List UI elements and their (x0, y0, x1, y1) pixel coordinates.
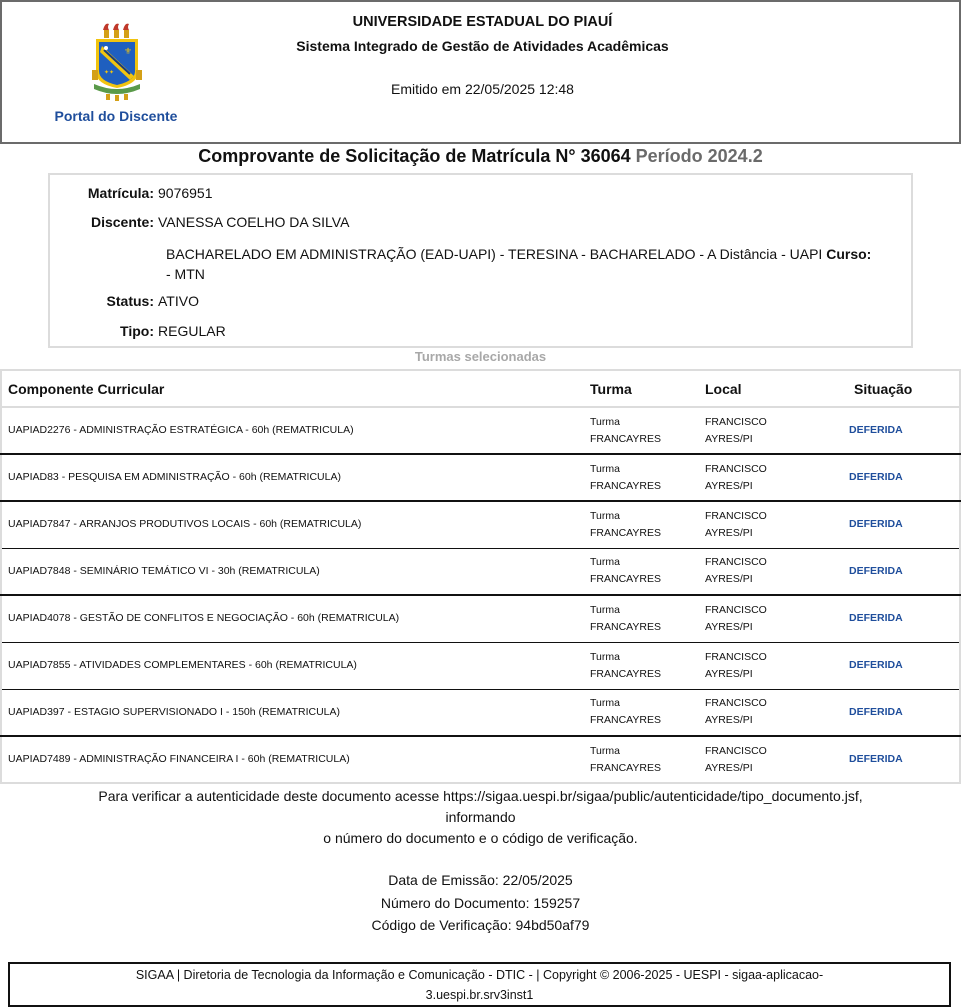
local-line-1: FRANCISCO (705, 649, 843, 666)
table-header-row: Componente Curricular Turma Local Situaç… (1, 370, 960, 407)
situacao-status-badge: DEFERIDA (843, 454, 960, 501)
table-row: UAPIAD7848 - SEMINÁRIO TEMÁTICO VI - 30h… (1, 548, 960, 595)
page-title: Comprovante de Solicitação de Matrícula … (0, 146, 961, 167)
curso-suffix: - MTN (166, 266, 205, 282)
verification-instructions: Para verificar a autenticidade deste doc… (0, 786, 961, 849)
codigo-verificacao: Código de Verificação: 94bd50af79 (0, 914, 961, 937)
local-line-2: AYRES/PI (705, 478, 843, 495)
curso-value: BACHARELADO EM ADMINISTRAÇÃO (EAD-UAPI) … (166, 246, 822, 262)
table-row: UAPIAD83 - PESQUISA EM ADMINISTRAÇÃO - 6… (1, 454, 960, 501)
turma-line-2: FRANCAYRES (590, 619, 699, 636)
componente-cell: UAPIAD4078 - GESTÃO DE CONFLITOS E NEGOC… (1, 595, 584, 642)
componente-cell: UAPIAD7855 - ATIVIDADES COMPLEMENTARES -… (1, 642, 584, 689)
turma-cell: TurmaFRANCAYRES (584, 407, 699, 454)
local-line-2: AYRES/PI (705, 571, 843, 588)
local-line-1: FRANCISCO (705, 602, 843, 619)
situacao-status-badge: DEFERIDA (843, 736, 960, 783)
curso-row: BACHARELADO EM ADMINISTRAÇÃO (EAD-UAPI) … (166, 244, 906, 284)
local-line-1: FRANCISCO (705, 414, 843, 431)
periodo-label: Período 2024.2 (636, 146, 763, 166)
turma-line-2: FRANCAYRES (590, 525, 699, 542)
document-title: Comprovante de Solicitação de Matrícula … (198, 146, 630, 166)
verification-line-1: Para verificar a autenticidade deste doc… (0, 786, 961, 807)
table-row: UAPIAD7847 - ARRANJOS PRODUTIVOS LOCAIS … (1, 501, 960, 548)
local-cell: FRANCISCOAYRES/PI (699, 548, 843, 595)
componente-cell: UAPIAD7847 - ARRANJOS PRODUTIVOS LOCAIS … (1, 501, 584, 548)
local-line-2: AYRES/PI (705, 619, 843, 636)
componente-cell: UAPIAD397 - ESTAGIO SUPERVISIONADO I - 1… (1, 689, 584, 736)
componente-cell: UAPIAD7848 - SEMINÁRIO TEMÁTICO VI - 30h… (1, 548, 584, 595)
local-cell: FRANCISCOAYRES/PI (699, 736, 843, 783)
situacao-status-badge: DEFERIDA (843, 689, 960, 736)
column-header-turma: Turma (584, 370, 699, 407)
status-value: ATIVO (158, 293, 199, 309)
table-row: UAPIAD2276 - ADMINISTRAÇÃO ESTRATÉGICA -… (1, 407, 960, 454)
local-cell: FRANCISCOAYRES/PI (699, 595, 843, 642)
turma-line-1: Turma (590, 649, 699, 666)
turma-cell: TurmaFRANCAYRES (584, 595, 699, 642)
turma-line-1: Turma (590, 695, 699, 712)
verification-line-3: o número do documento e o código de veri… (0, 828, 961, 849)
matricula-value: 9076951 (158, 185, 213, 201)
turma-cell: TurmaFRANCAYRES (584, 642, 699, 689)
university-name: UNIVERSIDADE ESTADUAL DO PIAUÍ (2, 14, 961, 30)
local-cell: FRANCISCOAYRES/PI (699, 689, 843, 736)
table-row: UAPIAD397 - ESTAGIO SUPERVISIONADO I - 1… (1, 689, 960, 736)
local-cell: FRANCISCOAYRES/PI (699, 454, 843, 501)
turma-line-2: FRANCAYRES (590, 571, 699, 588)
local-line-2: AYRES/PI (705, 666, 843, 683)
turma-line-2: FRANCAYRES (590, 666, 699, 683)
turma-cell: TurmaFRANCAYRES (584, 548, 699, 595)
tipo-value: REGULAR (158, 323, 226, 339)
local-line-1: FRANCISCO (705, 554, 843, 571)
turma-line-2: FRANCAYRES (590, 431, 699, 448)
issued-timestamp: Emitido em 22/05/2025 12:48 (2, 81, 961, 97)
local-line-1: FRANCISCO (705, 508, 843, 525)
turma-cell: TurmaFRANCAYRES (584, 736, 699, 783)
turma-line-1: Turma (590, 743, 699, 760)
turma-cell: TurmaFRANCAYRES (584, 501, 699, 548)
situacao-status-badge: DEFERIDA (843, 501, 960, 548)
local-line-2: AYRES/PI (705, 712, 843, 729)
situacao-status-badge: DEFERIDA (843, 595, 960, 642)
footer-line-1: SIGAA | Diretoria de Tecnologia da Infor… (10, 965, 949, 985)
table-row: UAPIAD7855 - ATIVIDADES COMPLEMENTARES -… (1, 642, 960, 689)
turma-line-2: FRANCAYRES (590, 712, 699, 729)
svg-text:✦✦: ✦✦ (104, 69, 114, 76)
local-cell: FRANCISCOAYRES/PI (699, 407, 843, 454)
document-header: ⚜ ✦✦ Portal do Discente UNIVERSIDADE EST… (0, 0, 961, 144)
numero-documento: Número do Documento: 159257 (0, 892, 961, 915)
turma-cell: TurmaFRANCAYRES (584, 689, 699, 736)
componente-cell: UAPIAD83 - PESQUISA EM ADMINISTRAÇÃO - 6… (1, 454, 584, 501)
discente-label: Discente: (50, 214, 154, 230)
page-footer: SIGAA | Diretoria de Tecnologia da Infor… (8, 962, 951, 1007)
turma-line-1: Turma (590, 461, 699, 478)
local-line-1: FRANCISCO (705, 695, 843, 712)
situacao-status-badge: DEFERIDA (843, 548, 960, 595)
student-info-box: Matrícula: 9076951 Discente: VANESSA COE… (48, 173, 913, 348)
data-emissao: Data de Emissão: 22/05/2025 (0, 869, 961, 892)
portal-label: Portal do Discente (32, 108, 200, 124)
turma-line-1: Turma (590, 602, 699, 619)
local-line-2: AYRES/PI (705, 760, 843, 777)
local-line-1: FRANCISCO (705, 461, 843, 478)
situacao-status-badge: DEFERIDA (843, 642, 960, 689)
componente-cell: UAPIAD2276 - ADMINISTRAÇÃO ESTRATÉGICA -… (1, 407, 584, 454)
local-cell: FRANCISCOAYRES/PI (699, 501, 843, 548)
turma-line-1: Turma (590, 508, 699, 525)
local-cell: FRANCISCOAYRES/PI (699, 642, 843, 689)
componente-cell: UAPIAD7489 - ADMINISTRAÇÃO FINANCEIRA I … (1, 736, 584, 783)
situacao-status-badge: DEFERIDA (843, 407, 960, 454)
local-line-2: AYRES/PI (705, 431, 843, 448)
turmas-caption: Turmas selecionadas (0, 349, 961, 364)
table-row: UAPIAD4078 - GESTÃO DE CONFLITOS E NEGOC… (1, 595, 960, 642)
turmas-table: Componente Curricular Turma Local Situaç… (0, 369, 961, 784)
curso-label: Curso: (826, 246, 871, 262)
matricula-label: Matrícula: (50, 185, 154, 201)
verification-line-2: informando (0, 807, 961, 828)
turma-line-2: FRANCAYRES (590, 478, 699, 495)
system-name: Sistema Integrado de Gestão de Atividade… (2, 38, 961, 54)
turma-line-2: FRANCAYRES (590, 760, 699, 777)
turma-line-1: Turma (590, 414, 699, 431)
document-metadata: Data de Emissão: 22/05/2025 Número do Do… (0, 869, 961, 937)
column-header-local: Local (699, 370, 843, 407)
table-row: UAPIAD7489 - ADMINISTRAÇÃO FINANCEIRA I … (1, 736, 960, 783)
local-line-1: FRANCISCO (705, 743, 843, 760)
turma-line-1: Turma (590, 554, 699, 571)
footer-line-2: 3.uespi.br.srv3inst1 (10, 985, 949, 1005)
tipo-label: Tipo: (50, 323, 154, 339)
status-label: Status: (50, 293, 154, 309)
column-header-componente: Componente Curricular (1, 370, 584, 407)
column-header-situacao: Situação (843, 370, 960, 407)
turma-cell: TurmaFRANCAYRES (584, 454, 699, 501)
local-line-2: AYRES/PI (705, 525, 843, 542)
discente-value: VANESSA COELHO DA SILVA (158, 214, 349, 230)
